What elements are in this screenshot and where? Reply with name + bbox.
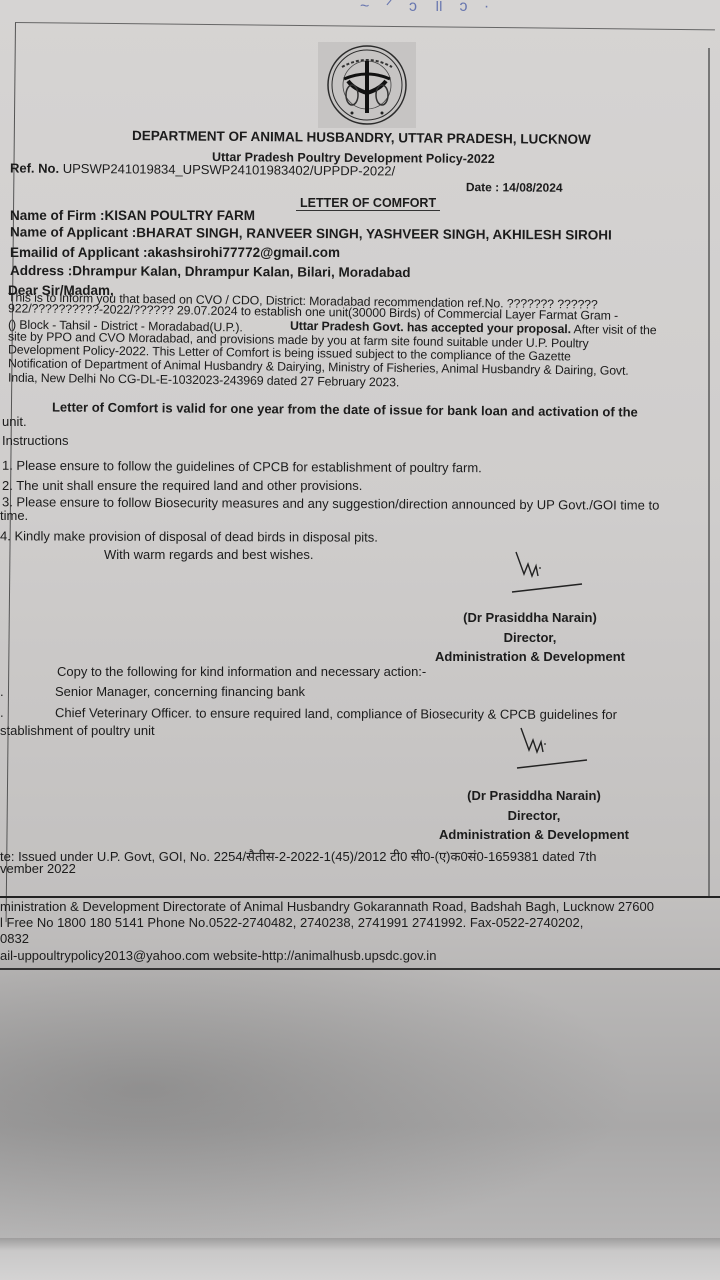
body-text: After visit of the <box>571 322 657 337</box>
footer-phone: l Free No 1800 180 5141 Phone No.0522-27… <box>0 915 583 930</box>
footer-address: ministration & Development Directorate o… <box>0 899 654 914</box>
page-border-right <box>708 48 710 898</box>
applicant-email: Emailid of Applicant :akashsirohi77772@g… <box>10 245 340 260</box>
footer-divider <box>0 896 720 898</box>
instructions-heading: Instructions <box>2 433 68 448</box>
signature-icon <box>515 724 595 770</box>
copy-to-text: Senior Manager, concerning financing ban… <box>55 684 305 699</box>
applicant-address: Address :Dhrampur Kalan, Dhrampur Kalan,… <box>10 263 411 280</box>
signatory-block-1: (Dr Prasiddha Narain) Director, Administ… <box>420 608 640 667</box>
signatory-block-2: (Dr Prasiddha Narain) Director, Administ… <box>424 786 644 845</box>
signatory-designation: Director, <box>420 628 640 648</box>
copy-to-item: .Senior Manager, concerning financing ba… <box>0 684 305 699</box>
note-continuation: vember 2022 <box>0 861 76 876</box>
reference-line: Ref. No. UPSWP241019834_UPSWP24101983402… <box>10 160 395 178</box>
paper-fold <box>0 1238 720 1280</box>
photo-shadow <box>0 960 720 1280</box>
signatory-office: Administration & Development <box>420 647 640 667</box>
copy-to-continuation: stablishment of poultry unit <box>0 723 155 738</box>
footer-contact: ail-uppoultrypolicy2013@yahoo.com websit… <box>0 948 436 963</box>
footer-bottom-divider <box>0 968 720 970</box>
signatory-name: (Dr Prasiddha Narain) <box>420 608 640 628</box>
copy-to-heading: Copy to the following for kind informati… <box>57 664 426 679</box>
note-line: te: Issued under U.P. Govt, GOI, No. 225… <box>0 847 596 865</box>
signatory-designation: Director, <box>424 806 644 826</box>
letter-date: Date : 14/08/2024 <box>466 180 563 195</box>
handwritten-marks: ~ ᐟ ɔ ॥ ɔ · <box>360 0 720 8</box>
applicant-name: Name of Applicant :BHARAT SINGH, RANVEER… <box>10 224 612 242</box>
validity-continuation: unit. <box>2 414 27 429</box>
signature-icon <box>510 548 590 594</box>
signatory-office: Administration & Development <box>424 825 644 845</box>
instruction-item-continuation: time. <box>0 508 28 523</box>
ref-label: Ref. No. <box>10 160 59 175</box>
uttar-pradesh-emblem-icon <box>322 43 412 127</box>
instruction-item: 1. Please ensure to follow the guideline… <box>2 458 482 476</box>
letter-title: LETTER OF COMFORT <box>296 196 440 211</box>
copy-to-item: .Chief Veterinary Officer. to ensure req… <box>0 705 617 722</box>
copy-to-text: Chief Veterinary Officer. to ensure requ… <box>55 705 617 722</box>
signatory-name: (Dr Prasiddha Narain) <box>424 786 644 806</box>
instruction-item: 2. The unit shall ensure the required la… <box>2 478 362 493</box>
firm-name: Name of Firm :KISAN POULTRY FARM <box>10 208 255 223</box>
footer-fax-continuation: 0832 <box>0 931 29 946</box>
ref-number: UPSWP241019834_UPSWP24101983402/UPPDP-20… <box>63 161 396 179</box>
emblem-box <box>318 42 416 128</box>
closing-remark: With warm regards and best wishes. <box>104 547 314 562</box>
instruction-item: 4. Kindly make provision of disposal of … <box>0 528 378 544</box>
